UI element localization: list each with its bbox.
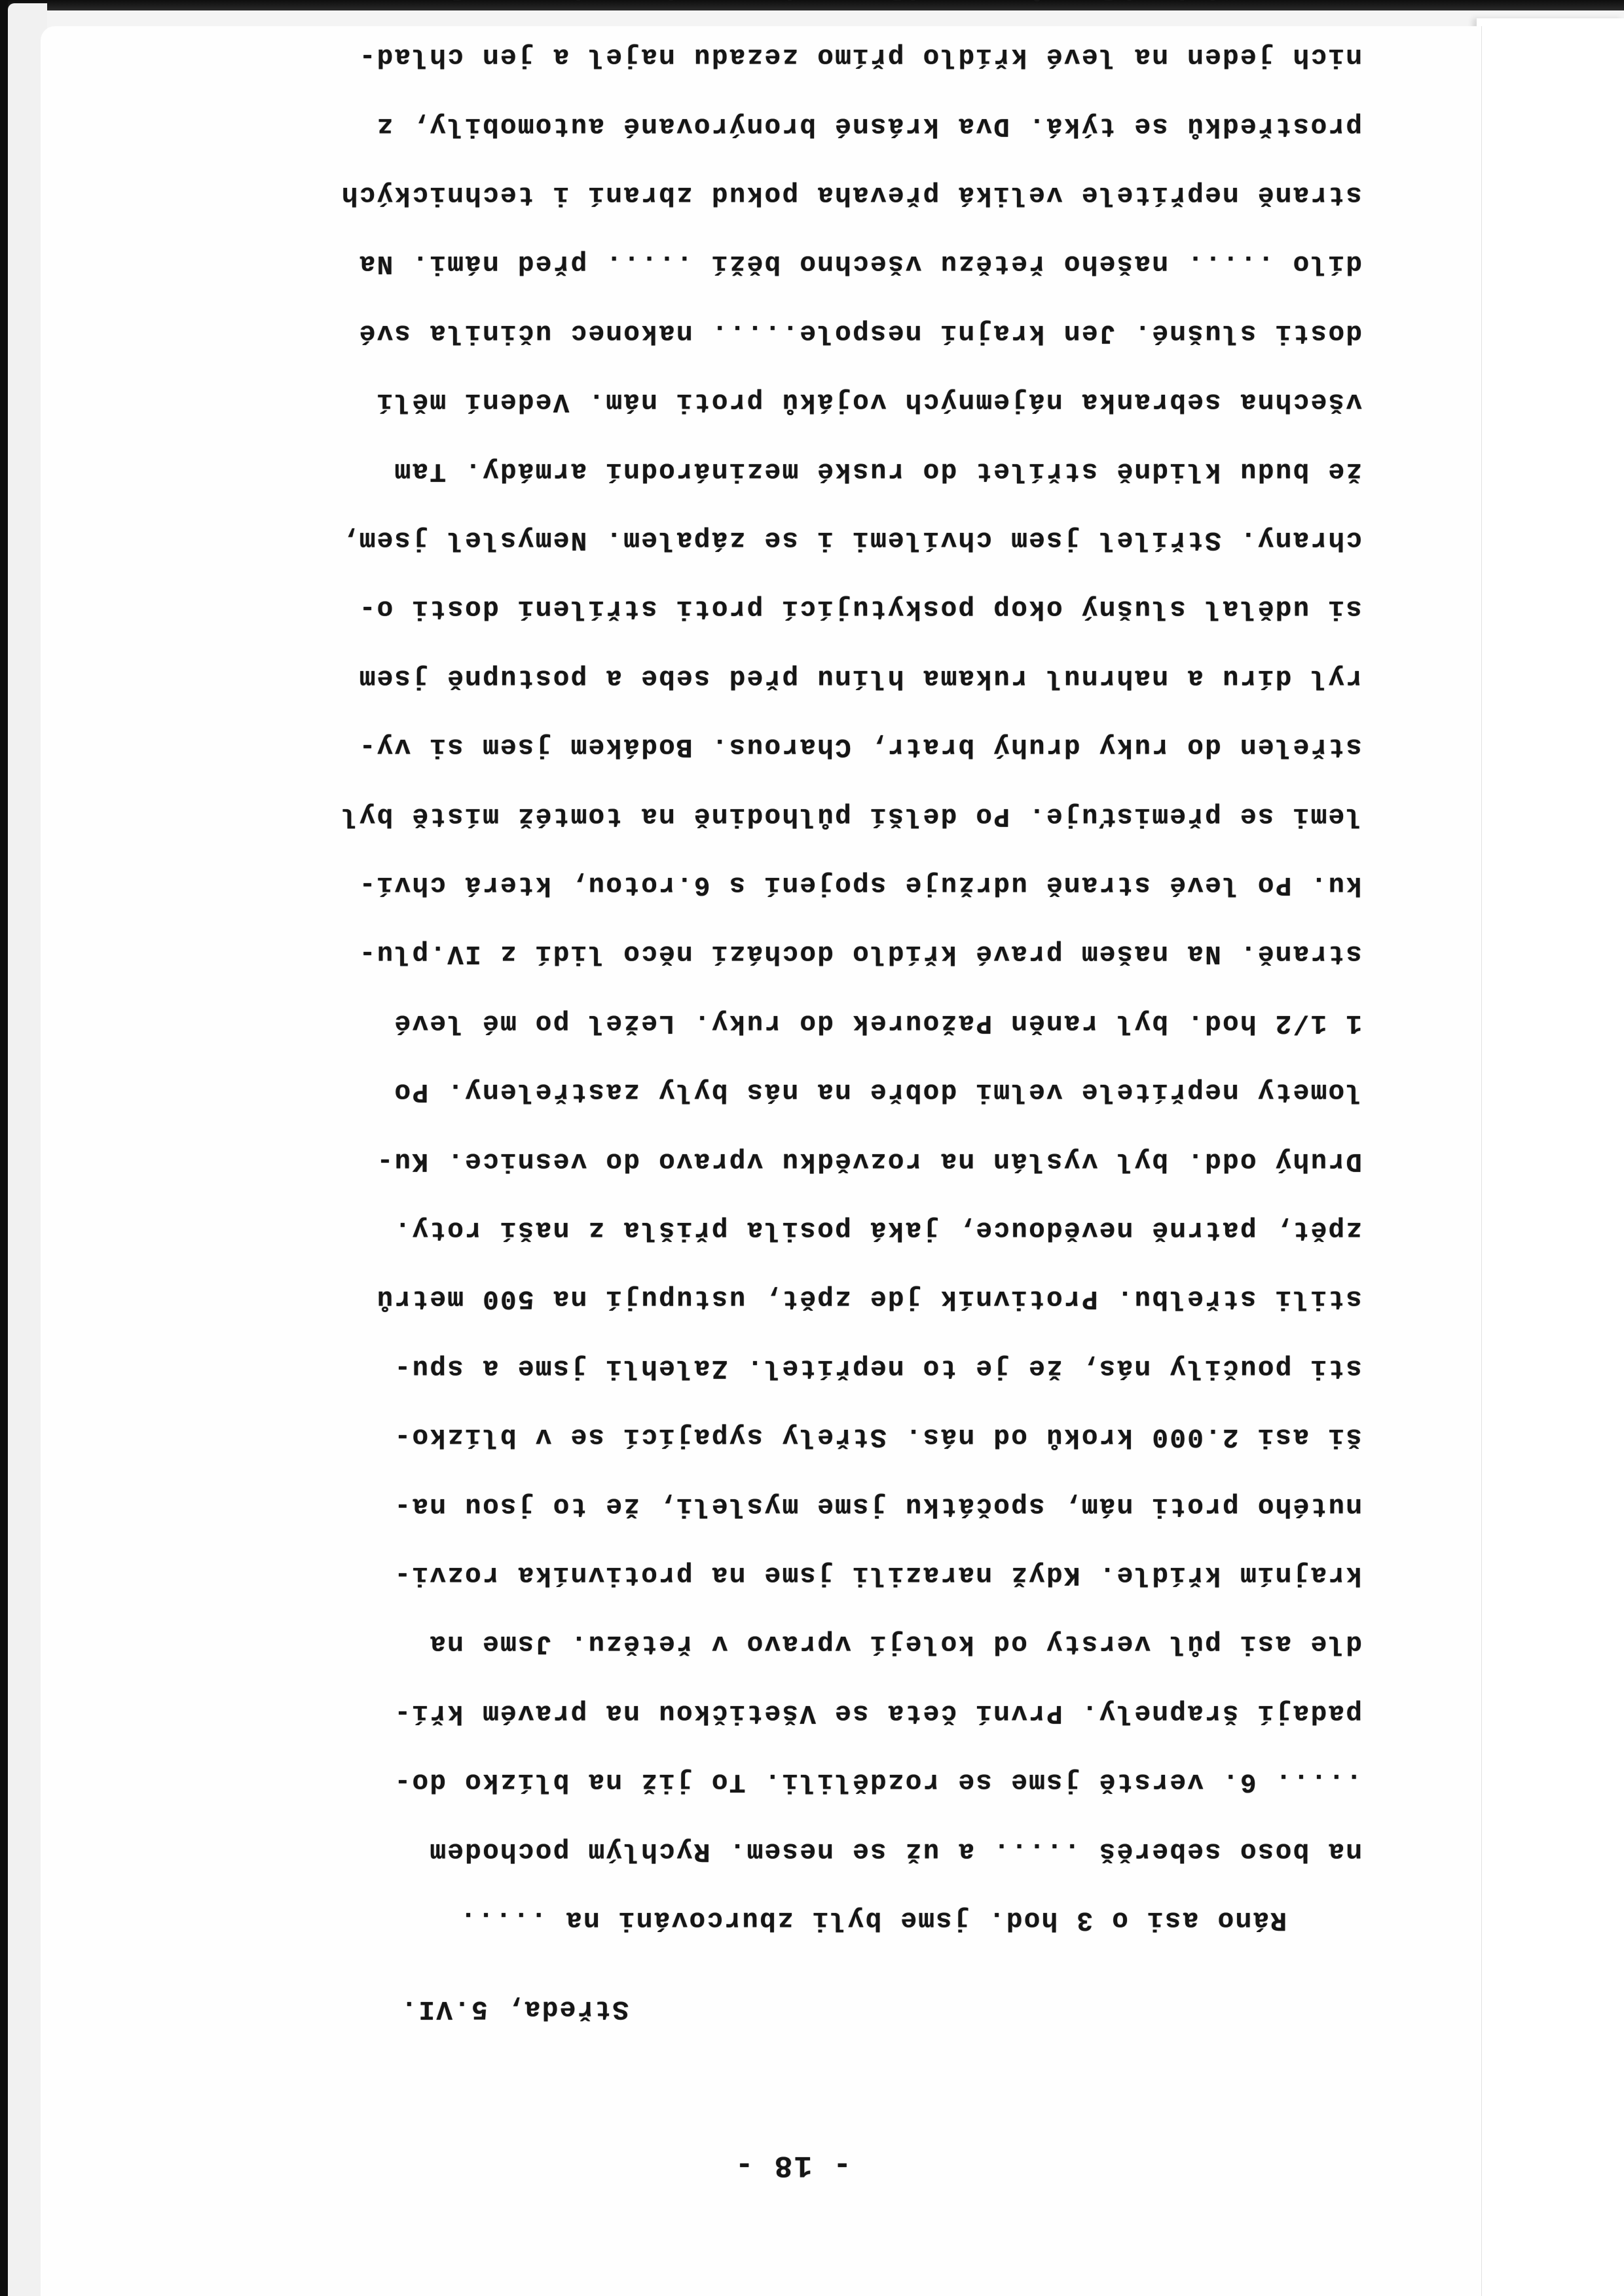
body-line: sti poučily nás, že je to nepřítel. Zale…	[393, 1354, 1362, 1381]
body-line: všechna sebranka nájemných vojáků proti …	[375, 388, 1362, 414]
body-line: padají šrapnely. První četa se Všetičkou…	[393, 1699, 1362, 1726]
body-line: krajním křídle. Když narazili jsme na pr…	[393, 1561, 1362, 1588]
body-line: zpět, patrně nevědouce, jaká posila přiš…	[393, 1216, 1362, 1243]
body-line: dle asi půl versty od kolejí vpravo v ře…	[428, 1630, 1362, 1656]
page-number: - 18 -	[734, 2150, 851, 2180]
page-text-rotated: - 18 - Středa, 5.VI. Ráno asi o 3 hod. j…	[0, 0, 1624, 2296]
body-line: ši asi 2.000 kroků od nás. Střely sypají…	[393, 1423, 1362, 1449]
body-line: střelen do ruky druhý bratr, Charous. Bo…	[358, 733, 1362, 759]
body-line: straně nepřítele veliká převaha pokud zb…	[341, 181, 1362, 208]
body-line: nich jeden na levé křídlo přímo zezadu n…	[358, 43, 1362, 69]
body-line: 1 1/2 hod. byl raněn Pažourek do ruky. L…	[393, 1009, 1362, 1036]
body-line: Ráno asi o 3 hod. jsme byli zburcováni n…	[459, 1906, 1287, 1933]
body-line: nutého proti nám, spočátku jsme mysleli,…	[393, 1492, 1362, 1519]
body-line: že budu klidně střílet do ruské mezináro…	[393, 457, 1362, 484]
body-line: dílo ..... našeho řetězu všechno běží ..…	[358, 249, 1362, 276]
body-line: ku. Po levé straně udržuje spojení s 6.r…	[358, 871, 1362, 898]
body-line: nost našich chlapců zamezila panice. Lok…	[358, 0, 1362, 1]
body-line: ..... 6. verstě jsme se rozdělili. To ji…	[393, 1768, 1362, 1795]
body-line: si udělal slušný okop poskytující proti …	[358, 594, 1362, 621]
body-line: ryl díru a nahrnul rukama hlínu před seb…	[358, 664, 1362, 691]
body-line: straně. Na našem pravé křídlo dochází ně…	[358, 939, 1362, 966]
body-line: chrany. Střílel jsem chvílemi i se zápal…	[341, 526, 1362, 553]
body-line: Druhý odd. byl vyslán na rozvědku vpravo…	[375, 1147, 1362, 1174]
body-line: lemi se přemisťuje. Po delší půlhodině n…	[341, 802, 1362, 829]
body-line: lomety nepřítele velmi dobře na nás byly…	[393, 1078, 1362, 1104]
diary-date-heading: Středa, 5.VI.	[399, 1995, 629, 2022]
body-line: na boso seberěš ..... a už se nesem. Ryc…	[428, 1837, 1362, 1864]
body-line: dosti slušné. Jen krajní nespole..... na…	[358, 319, 1362, 346]
body-line: stili střelbu. Protivník jde zpět, ustup…	[375, 1285, 1362, 1311]
body-line: prostředků se týká. Dva krásné bronýrova…	[375, 112, 1362, 139]
